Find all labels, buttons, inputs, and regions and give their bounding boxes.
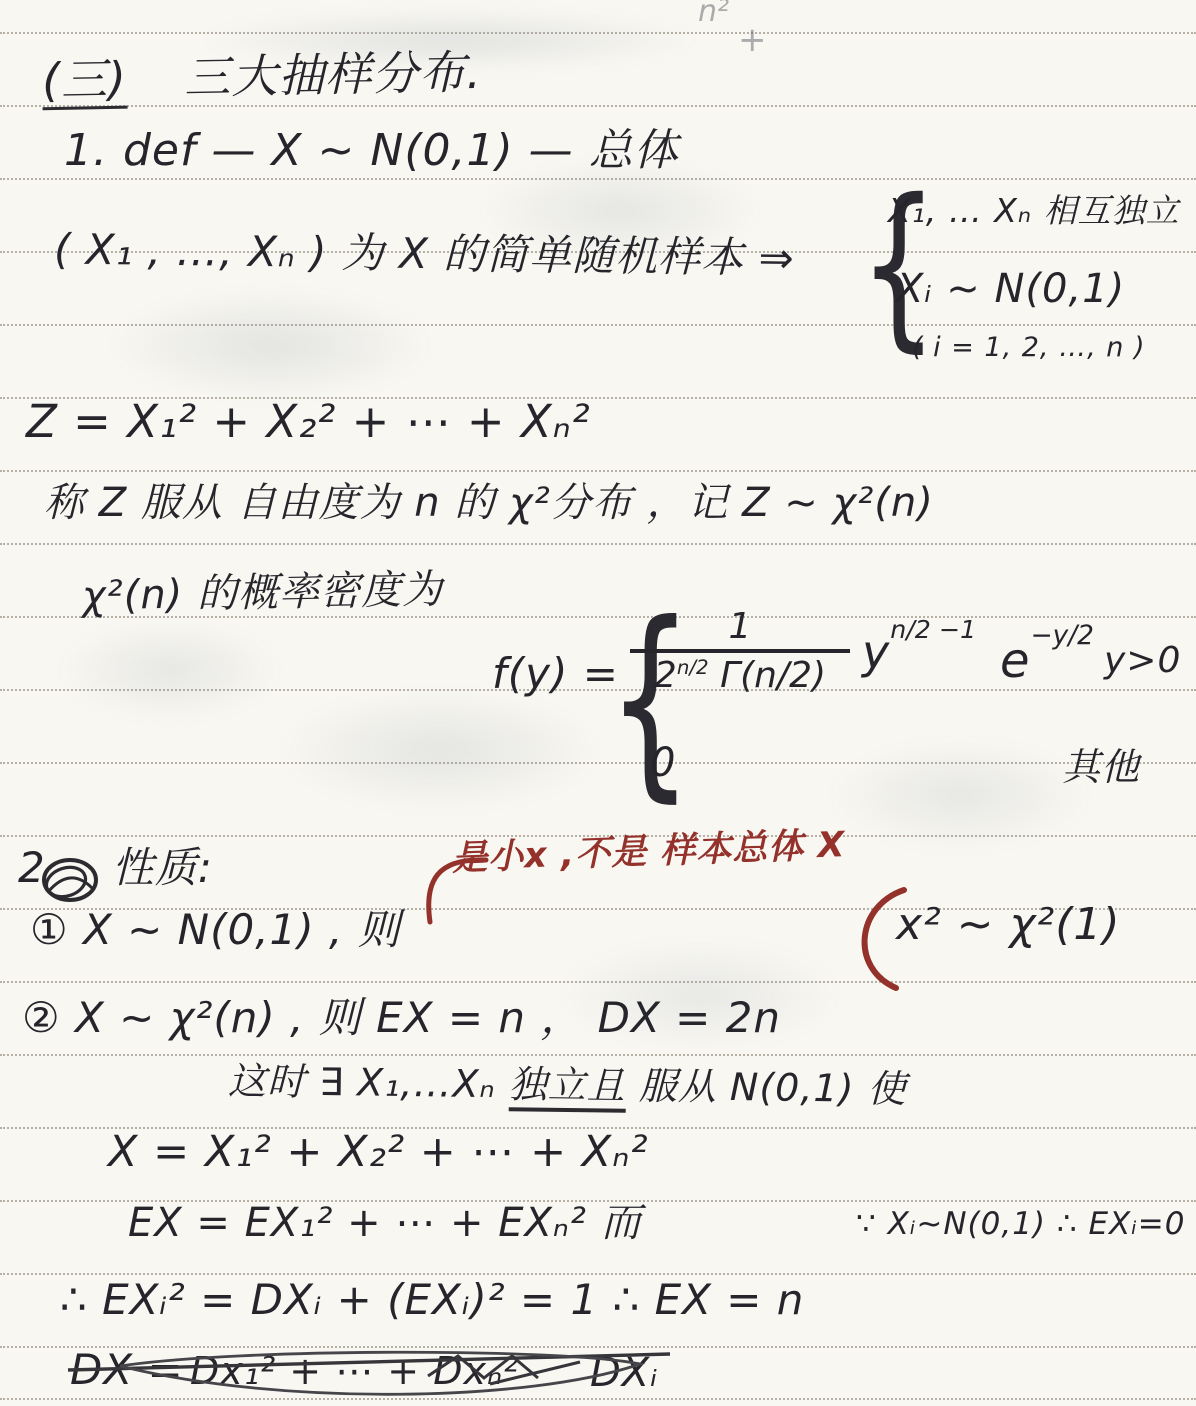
density-case1-cond: y>0 bbox=[1104, 642, 1181, 680]
chi-statement: 称 Z 服从 自由度为 n 的 χ²分布 ，记 Z ~ χ²(n) bbox=[44, 482, 934, 524]
property2-line: ② X ~ χ²(n) , 则 EX = n ， DX = 2n bbox=[22, 996, 781, 1040]
density-y-term: yn/2 −1 bbox=[862, 628, 976, 676]
bleed-smudge bbox=[60, 620, 280, 720]
bleed-smudge bbox=[280, 690, 600, 810]
property1-left: ① X ~ N(0,1) , 则 bbox=[30, 908, 401, 952]
fraction-bar bbox=[630, 649, 850, 653]
brace-cond2: Xᵢ ~ N(0,1) bbox=[896, 268, 1125, 310]
dx-line-seg2: Dx₁² + ⋯ + Dxₙ² bbox=[190, 1352, 519, 1392]
x-sum-line: X = X₁² + X₂² + ⋯ + Xₙ² bbox=[108, 1130, 649, 1175]
ex-line-left: EX = EX₁² + ⋯ + EXₙ² 而 bbox=[128, 1202, 642, 1244]
properties-heading: 2性质: bbox=[18, 846, 213, 890]
sample-line: ( X₁ , …, Xₙ ) 为 X 的简单随机样本 ⇒ bbox=[54, 227, 795, 280]
properties-marker: 2 bbox=[18, 843, 46, 892]
rule-line bbox=[0, 32, 1196, 34]
fraction-denominator: 2n/2 Γ(n/2) bbox=[654, 655, 826, 696]
property1-right: x² ~ χ²(1) bbox=[896, 902, 1121, 948]
y-exponent: n/2 −1 bbox=[890, 615, 976, 644]
cutoff-mark: n² bbox=[698, 0, 729, 29]
e-base: e bbox=[1000, 633, 1031, 689]
rule-line bbox=[0, 543, 1196, 545]
z-definition: Z = X₁² + X₂² + ⋯ + Xₙ² bbox=[26, 398, 591, 445]
rule-line bbox=[0, 1054, 1196, 1056]
rule-line bbox=[0, 105, 1196, 107]
den-gamma: Γ(n/2) bbox=[720, 655, 826, 696]
notebook-page: n² + (三) 三大抽样分布. 1. def — X ~ N(0,1) — 总… bbox=[0, 0, 1196, 1406]
density-lhs: f(y) = bbox=[492, 652, 619, 696]
cutoff-mark: + bbox=[738, 20, 767, 60]
den-base: 2 bbox=[654, 655, 677, 696]
y-base: y bbox=[862, 625, 890, 679]
definition-line: 1. def — X ~ N(0,1) — 总体 bbox=[64, 128, 679, 174]
density-e-term: e−y/2 bbox=[1000, 636, 1094, 686]
heading-marker: (三) bbox=[42, 52, 128, 111]
exists-underlined: 独立且 bbox=[508, 1062, 626, 1112]
exists-post: 服从 N(0,1) 使 bbox=[626, 1064, 907, 1111]
exists-line: 这时 ∃ X₁,…Xₙ 独立且 服从 N(0,1) 使 bbox=[228, 1062, 907, 1110]
rule-line bbox=[0, 470, 1196, 472]
exists-pre: 这时 ∃ X₁,…Xₙ bbox=[228, 1059, 509, 1106]
ex-line-right: ∵ Xᵢ~N(0,1) ∴ EXᵢ=0 , DXᵢ=1 bbox=[856, 1208, 1196, 1241]
density-fraction: 1 2n/2 Γ(n/2) bbox=[630, 606, 850, 696]
section-heading: (三) 三大抽样分布. bbox=[42, 48, 483, 105]
rule-line bbox=[0, 324, 1196, 326]
properties-label: 性质: bbox=[112, 843, 213, 892]
rule-line bbox=[0, 1398, 1196, 1400]
rule-line bbox=[0, 178, 1196, 180]
rule-line bbox=[0, 981, 1196, 983]
dx-line-seg1: DX = bbox=[70, 1348, 184, 1392]
density-intro: χ²(n) 的概率密度为 bbox=[82, 569, 444, 618]
dx-line-seg3: DXᵢ bbox=[590, 1352, 658, 1394]
e-exponent: −y/2 bbox=[1031, 620, 1094, 651]
density-case2-cond: 其他 bbox=[1062, 748, 1140, 788]
brace-cond1: X₁, … Xₙ 相互独立 bbox=[888, 194, 1180, 229]
den-exponent: n/2 bbox=[677, 656, 709, 679]
fraction-numerator: 1 bbox=[729, 606, 752, 647]
density-case2-val: 0 bbox=[650, 742, 676, 784]
exi-line: ∴ EXᵢ² = DXᵢ + (EXᵢ)² = 1 ∴ EX = n bbox=[60, 1278, 804, 1322]
brace-cond3: ( i = 1, 2, …, n ) bbox=[912, 334, 1146, 362]
heading-title: 三大抽样分布. bbox=[184, 45, 483, 105]
bleed-smudge bbox=[830, 740, 1090, 850]
rule-line bbox=[0, 762, 1196, 764]
bleed-smudge bbox=[110, 290, 430, 400]
